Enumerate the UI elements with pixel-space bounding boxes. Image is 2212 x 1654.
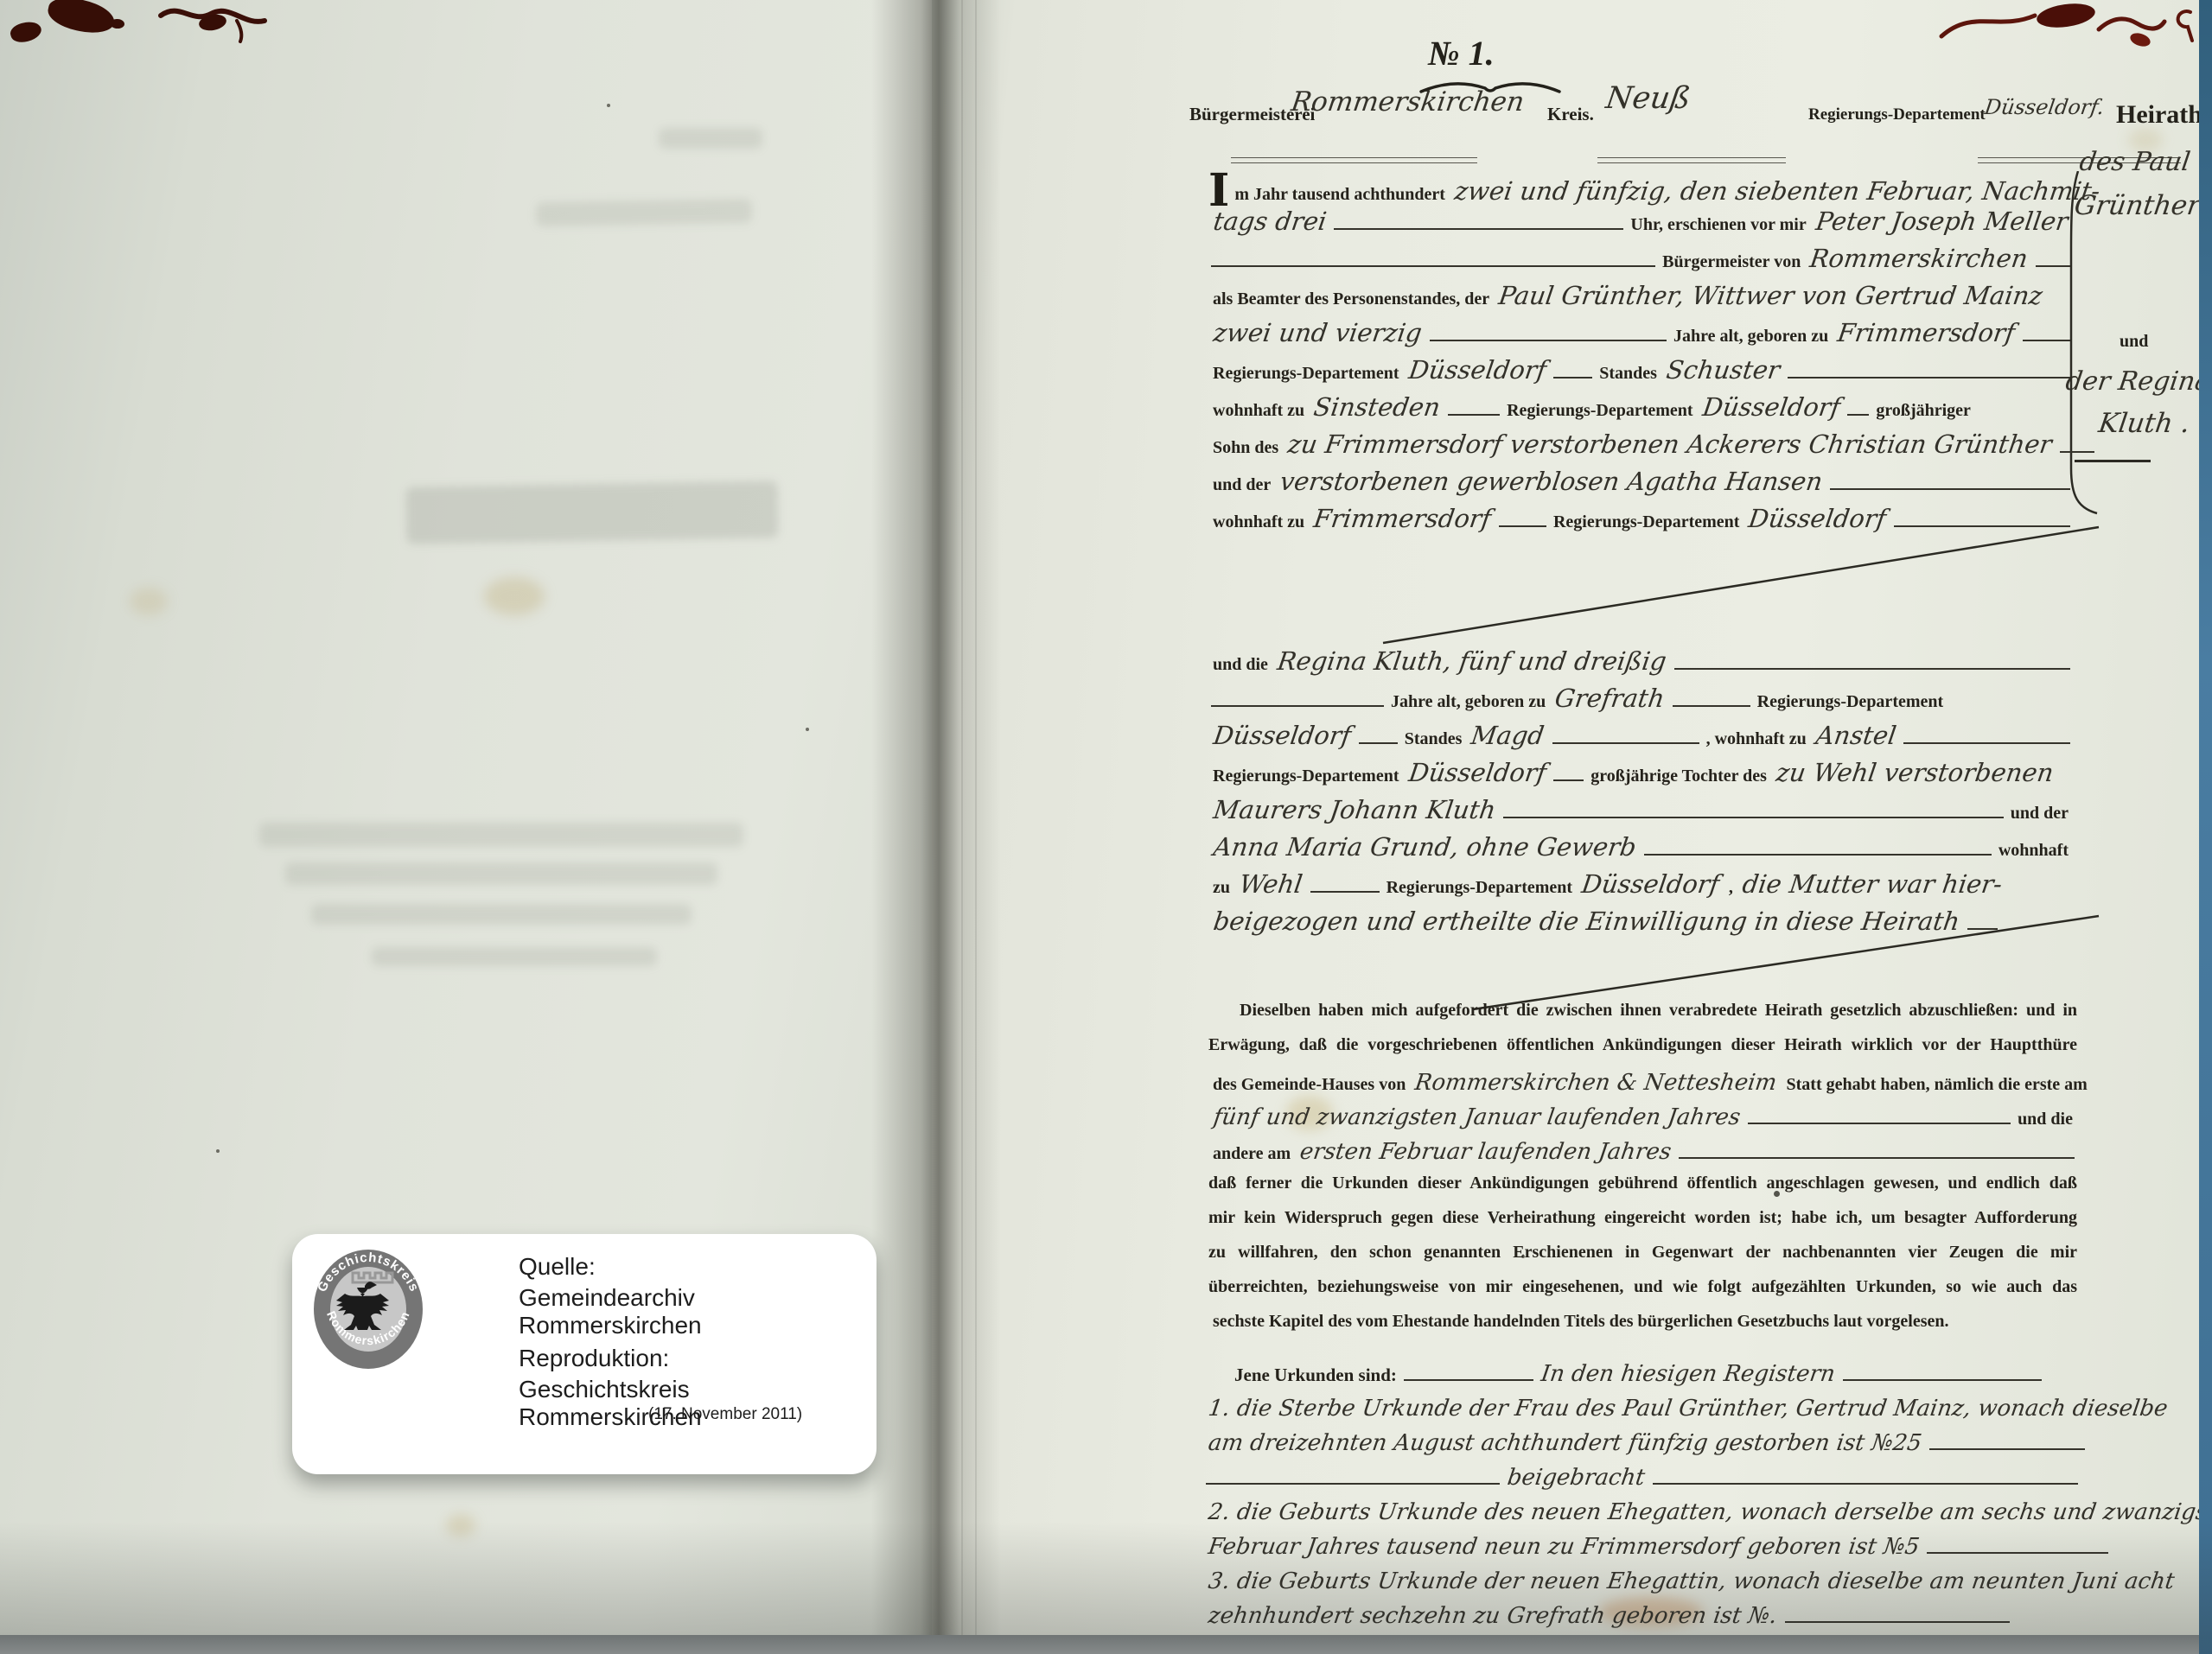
form-section: Im Jahr tausend achthundertzwei und fünf… — [1208, 169, 2073, 541]
blank-underline — [1843, 1377, 2042, 1381]
handwritten-text: Anstel — [1814, 721, 1897, 750]
handwritten-text: ersten Februar laufenden Jahres — [1298, 1139, 1673, 1165]
form-line: Im Jahr tausend achthundertzwei und fünf… — [1208, 169, 2073, 207]
departement-label: Regierungs-Departement — [1808, 105, 1986, 124]
handwritten-text: beigebracht — [1506, 1465, 1647, 1491]
handwritten-text: 2. die Geburts Urkunde des neuen Ehegatt… — [1207, 1499, 2212, 1525]
printed-text: zu — [1213, 878, 1230, 898]
printed-text: Bürgermeister von — [1662, 252, 1801, 272]
blank-underline — [1211, 703, 1384, 707]
handwritten-text: zu Frimmersdorf verstorbenen Ackerers Ch… — [1286, 429, 2054, 459]
printed-text: daß ferner die Urkunden dieser Ankündigu… — [1208, 1174, 2077, 1193]
kreis-label: Kreis. — [1547, 104, 1594, 125]
speck — [607, 104, 610, 107]
handwritten-text: Regina Kluth, fünf und dreißig — [1276, 646, 1668, 676]
buergermeisterei-value: Rommerskirchen — [1289, 86, 1526, 118]
printed-text: Regierungs-Departement — [1507, 401, 1693, 421]
printed-text: Jahre alt, geboren zu — [1391, 692, 1546, 712]
blank-underline — [1503, 815, 2004, 818]
blank-underline — [1679, 1155, 2075, 1159]
form-line: Anna Maria Grund, ohne Gewerbwohnhaft — [1208, 832, 2073, 869]
form-line: DüsseldorfStandesMagd, wohnhaft zuAnstel — [1208, 721, 2073, 758]
printed-text: großjährige Tochter des — [1590, 767, 1767, 786]
scanned-book-spread: № 1. Bürgermeisterei Rommerskirchen Krei… — [0, 0, 2212, 1654]
form-line: wohnhaft zuSinstedenRegierungs-Departeme… — [1208, 392, 2073, 429]
handwritten-text: Anna Maria Grund, ohne Gewerb — [1212, 832, 1639, 862]
ghost-text-smudge — [659, 128, 762, 149]
printed-text: als Beamter des Personenstandes, der — [1213, 289, 1489, 309]
printed-text: des Gemeinde-Hauses von — [1213, 1075, 1406, 1095]
form-section: Jene Urkunden sind:In den hiesigen Regis… — [1203, 1361, 2081, 1638]
handwritten-text: Düsseldorf — [1580, 869, 1722, 899]
handwritten-text: zwei und fünfzig, den siebenten Februar,… — [1453, 176, 2102, 206]
source-label: Quelle: — [519, 1253, 596, 1281]
form-line: Maurers Johann Kluthund der — [1208, 795, 2073, 832]
handwritten-text: 3. die Geburts Urkunde der neuen Ehegatt… — [1207, 1568, 2177, 1594]
printed-text: , — [1729, 878, 1733, 898]
blank-underline — [1404, 1377, 1533, 1381]
margin-bride-line2: Kluth . — [2096, 408, 2191, 439]
blank-underline — [1785, 1619, 2010, 1623]
form-line: tags dreiUhr, erschienen vor mirPeter Jo… — [1208, 207, 2073, 244]
printed-text: andere am — [1213, 1144, 1291, 1164]
handwritten-text: Düsseldorf — [1406, 758, 1548, 787]
handwritten-text: In den hiesigen Registern — [1539, 1361, 1837, 1387]
blank-underline — [1788, 375, 2070, 379]
dropcap-letter: I — [1208, 175, 1229, 207]
page-crease — [961, 0, 963, 1654]
handwritten-text: Februar Jahres tausend neun zu Frimmersd… — [1207, 1534, 1922, 1560]
form-line: Februar Jahres tausend neun zu Frimmersd… — [1203, 1534, 2081, 1568]
printed-text: m Jahr tausend achthundert — [1234, 185, 1445, 205]
handwritten-text: Paul Grünther, Wittwer von Gertrud Mainz — [1497, 281, 2045, 310]
blank-underline — [1894, 524, 2070, 527]
watermark-credit-box: Geschichtskreis Rommerskirchen Quelle: G… — [292, 1234, 877, 1474]
form-line: zwei und vierzigJahre alt, geboren zuFri… — [1208, 318, 2073, 355]
form-line: des Gemeinde-Hauses vonRommerskirchen & … — [1208, 1070, 2077, 1104]
blank-underline — [1748, 1121, 2011, 1124]
handwritten-text: zwei und vierzig — [1212, 318, 1424, 347]
form-line: zehnhundert sechzehn zu Grefrath geboren… — [1203, 1603, 2081, 1638]
handwritten-text: tags drei — [1212, 207, 1329, 236]
form-line: Jene Urkunden sind:In den hiesigen Regis… — [1203, 1361, 2081, 1396]
speck — [806, 728, 809, 731]
printed-text: großjähriger — [1876, 401, 1971, 421]
form-line: als Beamter des Personenstandes, derPaul… — [1208, 281, 2073, 318]
printed-text: mir kein Widerspruch gegen diese Verheir… — [1208, 1208, 2077, 1228]
form-line: Regierungs-DepartementDüsseldorfgroßjähr… — [1208, 758, 2073, 795]
blank-underline — [1206, 1481, 1500, 1485]
paper-stain — [446, 1514, 475, 1536]
ghost-text-smudge — [259, 823, 743, 847]
speck — [216, 1149, 220, 1153]
blank-underline — [1310, 889, 1380, 893]
handwritten-text: Frimmersdorf — [1312, 504, 1494, 533]
printed-text: wohnhaft — [1998, 841, 2069, 861]
handwritten-text: Magd — [1469, 721, 1546, 750]
form-line: Bürgermeister vonRommerskirchen — [1208, 244, 2073, 281]
blank-underline — [1929, 1447, 2085, 1450]
paper-stain — [130, 588, 168, 615]
handwritten-text: Grefrath — [1553, 684, 1667, 713]
form-line: 2. die Geburts Urkunde des neuen Ehegatt… — [1203, 1499, 2081, 1534]
form-line: 1. die Sterbe Urkunde der Frau des Paul … — [1203, 1396, 2081, 1430]
printed-text: Standes — [1405, 729, 1463, 749]
handwritten-text: Düsseldorf — [1212, 721, 1354, 750]
blank-underline — [2060, 449, 2094, 453]
handwritten-text: Schuster — [1665, 355, 1782, 385]
form-line: beigezogen und ertheilte die Einwilligun… — [1208, 907, 2073, 944]
form-line: und dieRegina Kluth, fünf und dreißig — [1208, 646, 2073, 684]
repro-label: Reproduktion: — [519, 1345, 669, 1372]
blank-underline — [1927, 1550, 2108, 1554]
handwritten-text: zu Wehl verstorbenen — [1775, 758, 2056, 787]
paper-stain — [484, 577, 545, 615]
ink-scrawl — [154, 0, 275, 45]
form-line: Sohn deszu Frimmersdorf verstorbenen Ack… — [1208, 429, 2073, 467]
blank-underline — [1499, 524, 1546, 527]
blank-underline — [1653, 1481, 2078, 1485]
printed-text: Erwägung, daß die vorgeschriebenen öffen… — [1208, 1035, 2077, 1055]
ghost-text-smudge — [536, 199, 752, 226]
printed-text: sechste Kapitel des vom Ehestande handel… — [1213, 1312, 1949, 1332]
handwritten-text: Sinsteden — [1312, 392, 1443, 422]
form-line: mir kein Widerspruch gegen diese Verheir… — [1208, 1208, 2077, 1243]
form-line: Jahre alt, geboren zuGrefrathRegierungs-… — [1208, 684, 2073, 721]
blank-underline — [1553, 778, 1584, 781]
printed-text: Regierungs-Departement — [1386, 878, 1573, 898]
handwritten-text: 1. die Sterbe Urkunde der Frau des Paul … — [1207, 1396, 2170, 1422]
printed-text: und der — [2011, 804, 2069, 824]
handwritten-text: beigezogen und ertheilte die Einwilligun… — [1212, 907, 1962, 936]
red-ink-scrawl — [1935, 0, 2211, 52]
blank-underline — [1673, 703, 1750, 707]
form-line: daß ferner die Urkunden dieser Ankündigu… — [1208, 1174, 2077, 1208]
header-rule — [1231, 157, 1477, 163]
blank-underline — [1448, 412, 1500, 416]
form-line: sechste Kapitel des vom Ehestande handel… — [1208, 1312, 2077, 1346]
blank-underline — [1553, 375, 1592, 379]
form-section: und dieRegina Kluth, fünf und dreißigJah… — [1208, 646, 2073, 944]
printed-text: zu willfahren, den schon genannten Ersch… — [1208, 1243, 2077, 1263]
blank-underline — [1359, 741, 1398, 744]
blank-underline — [1334, 226, 1623, 230]
form-line: beigebracht — [1203, 1465, 2081, 1499]
handwritten-text: Düsseldorf — [1700, 392, 1842, 422]
printed-text: Dieselben haben mich aufgefordert die zw… — [1240, 1001, 2077, 1021]
ink-blot — [111, 19, 124, 29]
form-line: 3. die Geburts Urkunde der neuen Ehegatt… — [1203, 1568, 2081, 1603]
form-line: wohnhaft zuFrimmersdorfRegierungs-Depart… — [1208, 504, 2073, 541]
form-line: fünf und zwanzigsten Januar laufenden Ja… — [1208, 1104, 2077, 1139]
scanner-background-bottom — [0, 1635, 2212, 1654]
source-value: Gemeindearchiv Rommerskirchen — [519, 1284, 877, 1339]
form-line: am dreizehnten August achthundert fünfzi… — [1203, 1430, 2081, 1465]
blank-underline — [2023, 338, 2070, 341]
handwritten-text: Maurers Johann Kluth — [1212, 795, 1498, 824]
printed-text: wohnhaft zu — [1213, 512, 1304, 532]
printed-text: wohnhaft zu — [1213, 401, 1304, 421]
handwritten-text: verstorbenen gewerblosen Agatha Hansen — [1278, 467, 1825, 496]
handwritten-text: fünf und zwanzigsten Januar laufenden Ja… — [1212, 1104, 1742, 1130]
handwritten-text: die Mutter war hier- — [1740, 869, 2004, 899]
printed-text: Standes — [1599, 364, 1657, 384]
printed-text: überreichten, beziehungsweise von mir ei… — [1208, 1277, 2077, 1297]
page-crease — [975, 0, 977, 1654]
printed-text: Statt gehabt haben, nämlich die erste am — [1787, 1075, 2088, 1095]
margin-title: Heirath — [2116, 100, 2202, 130]
blank-underline — [1644, 852, 1992, 856]
form-line: Dieselben haben mich aufgefordert die zw… — [1208, 1001, 2077, 1035]
scanner-background-right — [2199, 0, 2212, 1654]
printed-text: Regierungs-Departement — [1757, 692, 1944, 712]
printed-text: Regierungs-Departement — [1213, 767, 1399, 786]
printed-text: und der — [1213, 475, 1271, 495]
handwritten-text: Peter Joseph Meller — [1814, 207, 2069, 236]
blank-underline — [1552, 741, 1699, 744]
departement-value: Düsseldorf. — [1983, 95, 2106, 119]
blank-underline — [1967, 926, 1998, 930]
handwritten-text: Düsseldorf — [1747, 504, 1889, 533]
printed-text: und die — [2018, 1110, 2073, 1129]
form-line: und derverstorbenen gewerblosen Agatha H… — [1208, 467, 2073, 504]
printed-text: Regierungs-Departement — [1553, 512, 1740, 532]
ghost-text-smudge — [311, 904, 692, 925]
form-line: andere amersten Februar laufenden Jahres — [1208, 1139, 2077, 1174]
blank-underline — [1674, 666, 2070, 670]
handwritten-text: Rommerskirchen — [1808, 244, 2030, 273]
form-line: zuWehlRegierungs-DepartementDüsseldorf,d… — [1208, 869, 2073, 907]
ghost-text-smudge — [285, 862, 717, 885]
handwritten-text: am dreizehnten August achthundert fünfzi… — [1207, 1430, 1923, 1456]
printed-text: Jahre alt, geboren zu — [1673, 327, 1828, 347]
margin-connector: und — [2120, 332, 2148, 352]
form-line: überreichten, beziehungsweise von mir ei… — [1208, 1277, 2077, 1312]
handwritten-text: zehnhundert sechzehn zu Grefrath geboren… — [1207, 1603, 1779, 1629]
printed-text: Uhr, erschienen vor mir — [1630, 215, 1806, 235]
handwritten-text: Wehl — [1238, 869, 1304, 899]
printed-text: Regierungs-Departement — [1213, 364, 1399, 384]
blank-underline — [1430, 338, 1667, 341]
repro-date: (17. November 2011) — [648, 1405, 802, 1424]
geschichtskreis-seal: Geschichtskreis Rommerskirchen — [311, 1246, 425, 1372]
printed-text: Jene Urkunden sind: — [1234, 1365, 1397, 1386]
blank-underline — [1903, 741, 2070, 744]
book-gutter-shadow — [871, 0, 1001, 1654]
form-line: zu willfahren, den schon genannten Ersch… — [1208, 1243, 2077, 1277]
blank-underline — [2036, 264, 2070, 267]
kreis-value: Neuß — [1603, 81, 1692, 116]
handwritten-text: Düsseldorf — [1406, 355, 1548, 385]
printed-text: , wohnhaft zu — [1706, 729, 1807, 749]
form-line: Regierungs-DepartementDüsseldorfStandesS… — [1208, 355, 2073, 392]
blank-underline — [1830, 487, 2070, 490]
form-line: Erwägung, daß die vorgeschriebenen öffen… — [1208, 1035, 2077, 1070]
record-number: № 1. — [1428, 33, 1495, 73]
printed-text: und die — [1213, 655, 1268, 675]
blank-underline — [1847, 412, 1869, 416]
handwritten-text: Frimmersdorf — [1836, 318, 2018, 347]
ghost-title-smudge — [405, 480, 778, 544]
printed-text: Sohn des — [1213, 438, 1278, 458]
form-section: Dieselben haben mich aufgefordert die zw… — [1208, 1001, 2077, 1346]
header-rule — [1597, 157, 1786, 163]
handwritten-text: Rommerskirchen & Nettesheim — [1413, 1070, 1778, 1096]
ghost-text-smudge — [372, 947, 657, 966]
blank-underline — [1211, 264, 1655, 267]
